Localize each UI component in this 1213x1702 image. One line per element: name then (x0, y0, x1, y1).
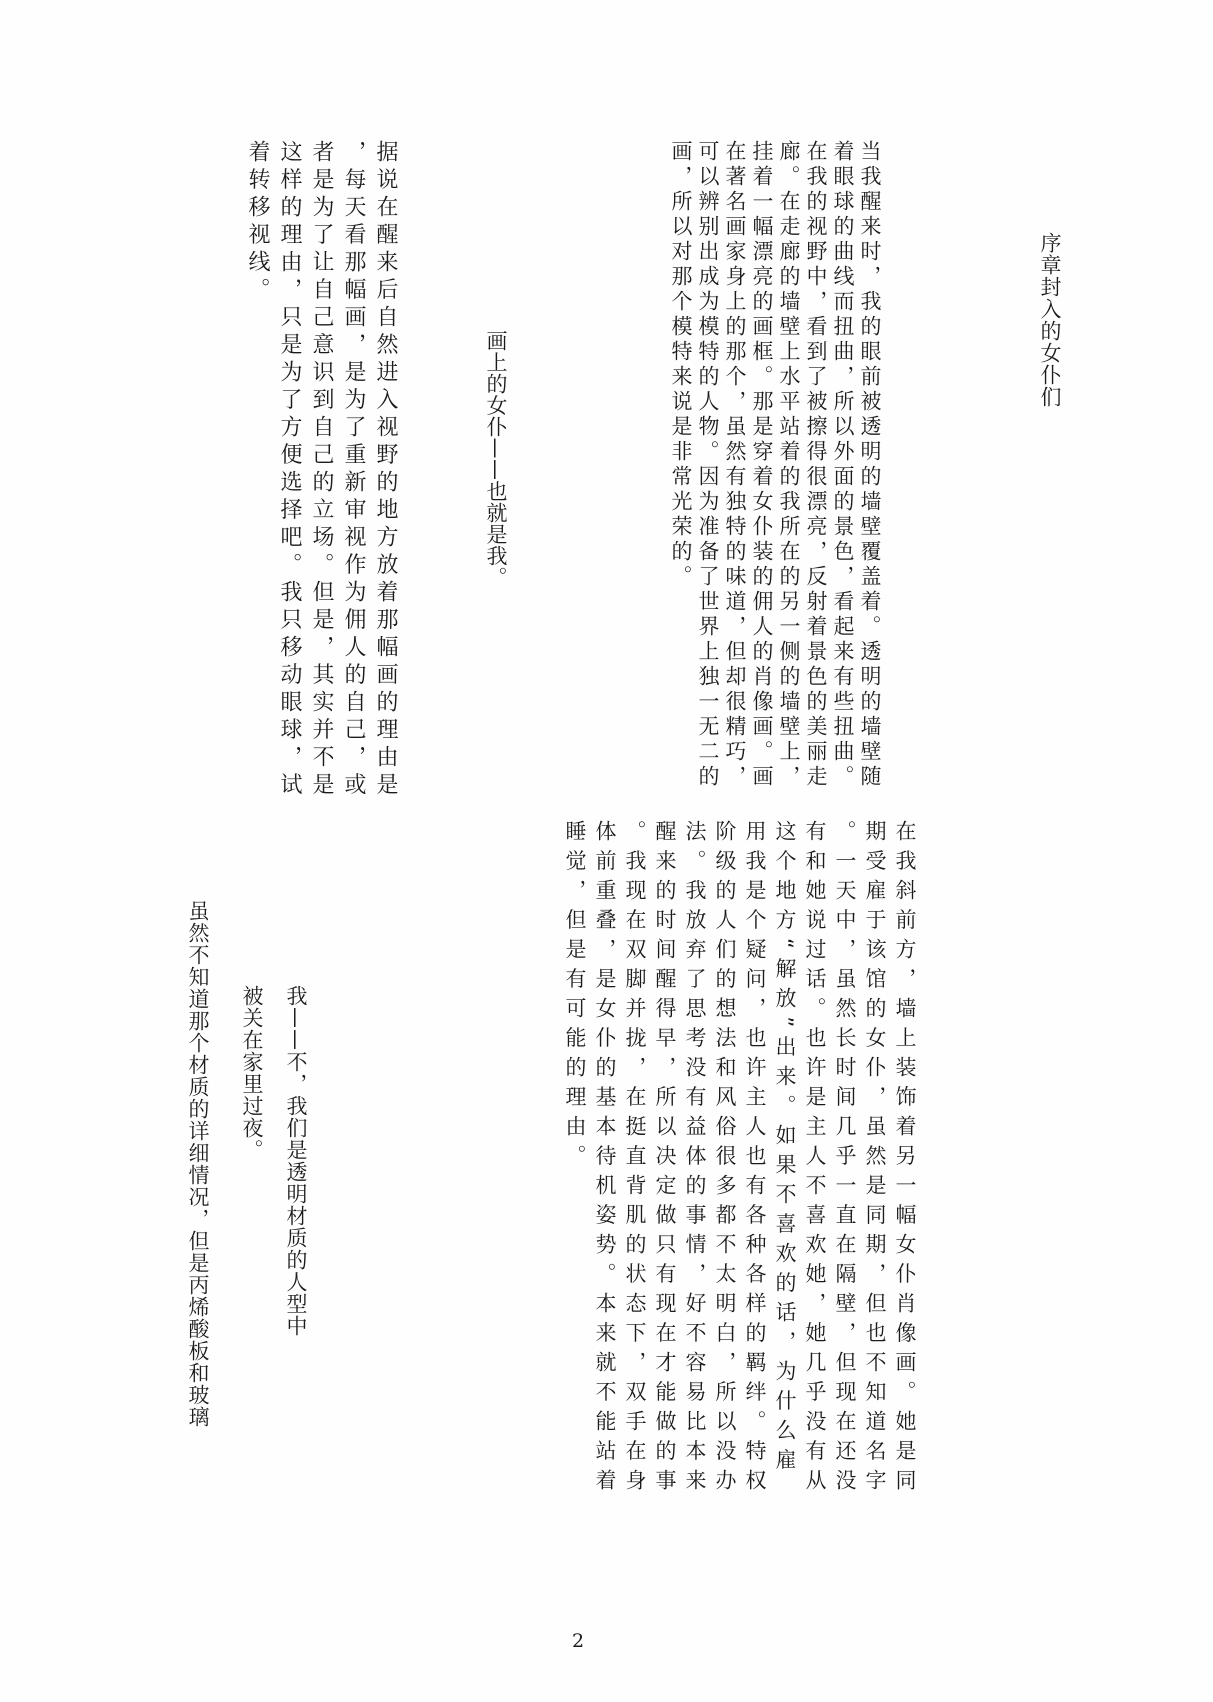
document-page: 序章封入的女仆们 当我醒来时，我的眼前被透明的墙壁覆盖着。透明的墙壁随着眼球的曲… (0, 0, 1213, 1702)
quote-line-transparent-material: 我——不，我们是透明材质的人型中被关在家里过夜。 (230, 985, 318, 1343)
paragraph-reason: 据说在醒来后自然进入视野的地方放着那幅画的理由是，每天看那幅画，是为了重新审视作… (241, 140, 401, 802)
paragraph-material: 虽然不知道那个材质的详细情况，但是丙烯酸板和玻璃 (183, 900, 213, 1428)
paragraph-neighbor-maid: 在我斜前方，墙上装饰着另一幅女仆肖像画。她是同期受雇于该馆的女仆，虽然是同期，但… (560, 820, 920, 1502)
paragraph-opening: 当我醒来时，我的眼前被透明的墙壁覆盖着。透明的墙壁随着眼球的曲线而扭曲，所以外面… (667, 140, 883, 798)
quote-line-painting-maid: 画上的女仆——也就是我。 (481, 330, 511, 588)
chapter-title: 序章封入的女仆们 (1035, 232, 1065, 408)
page-number: 2 (572, 1630, 584, 1652)
